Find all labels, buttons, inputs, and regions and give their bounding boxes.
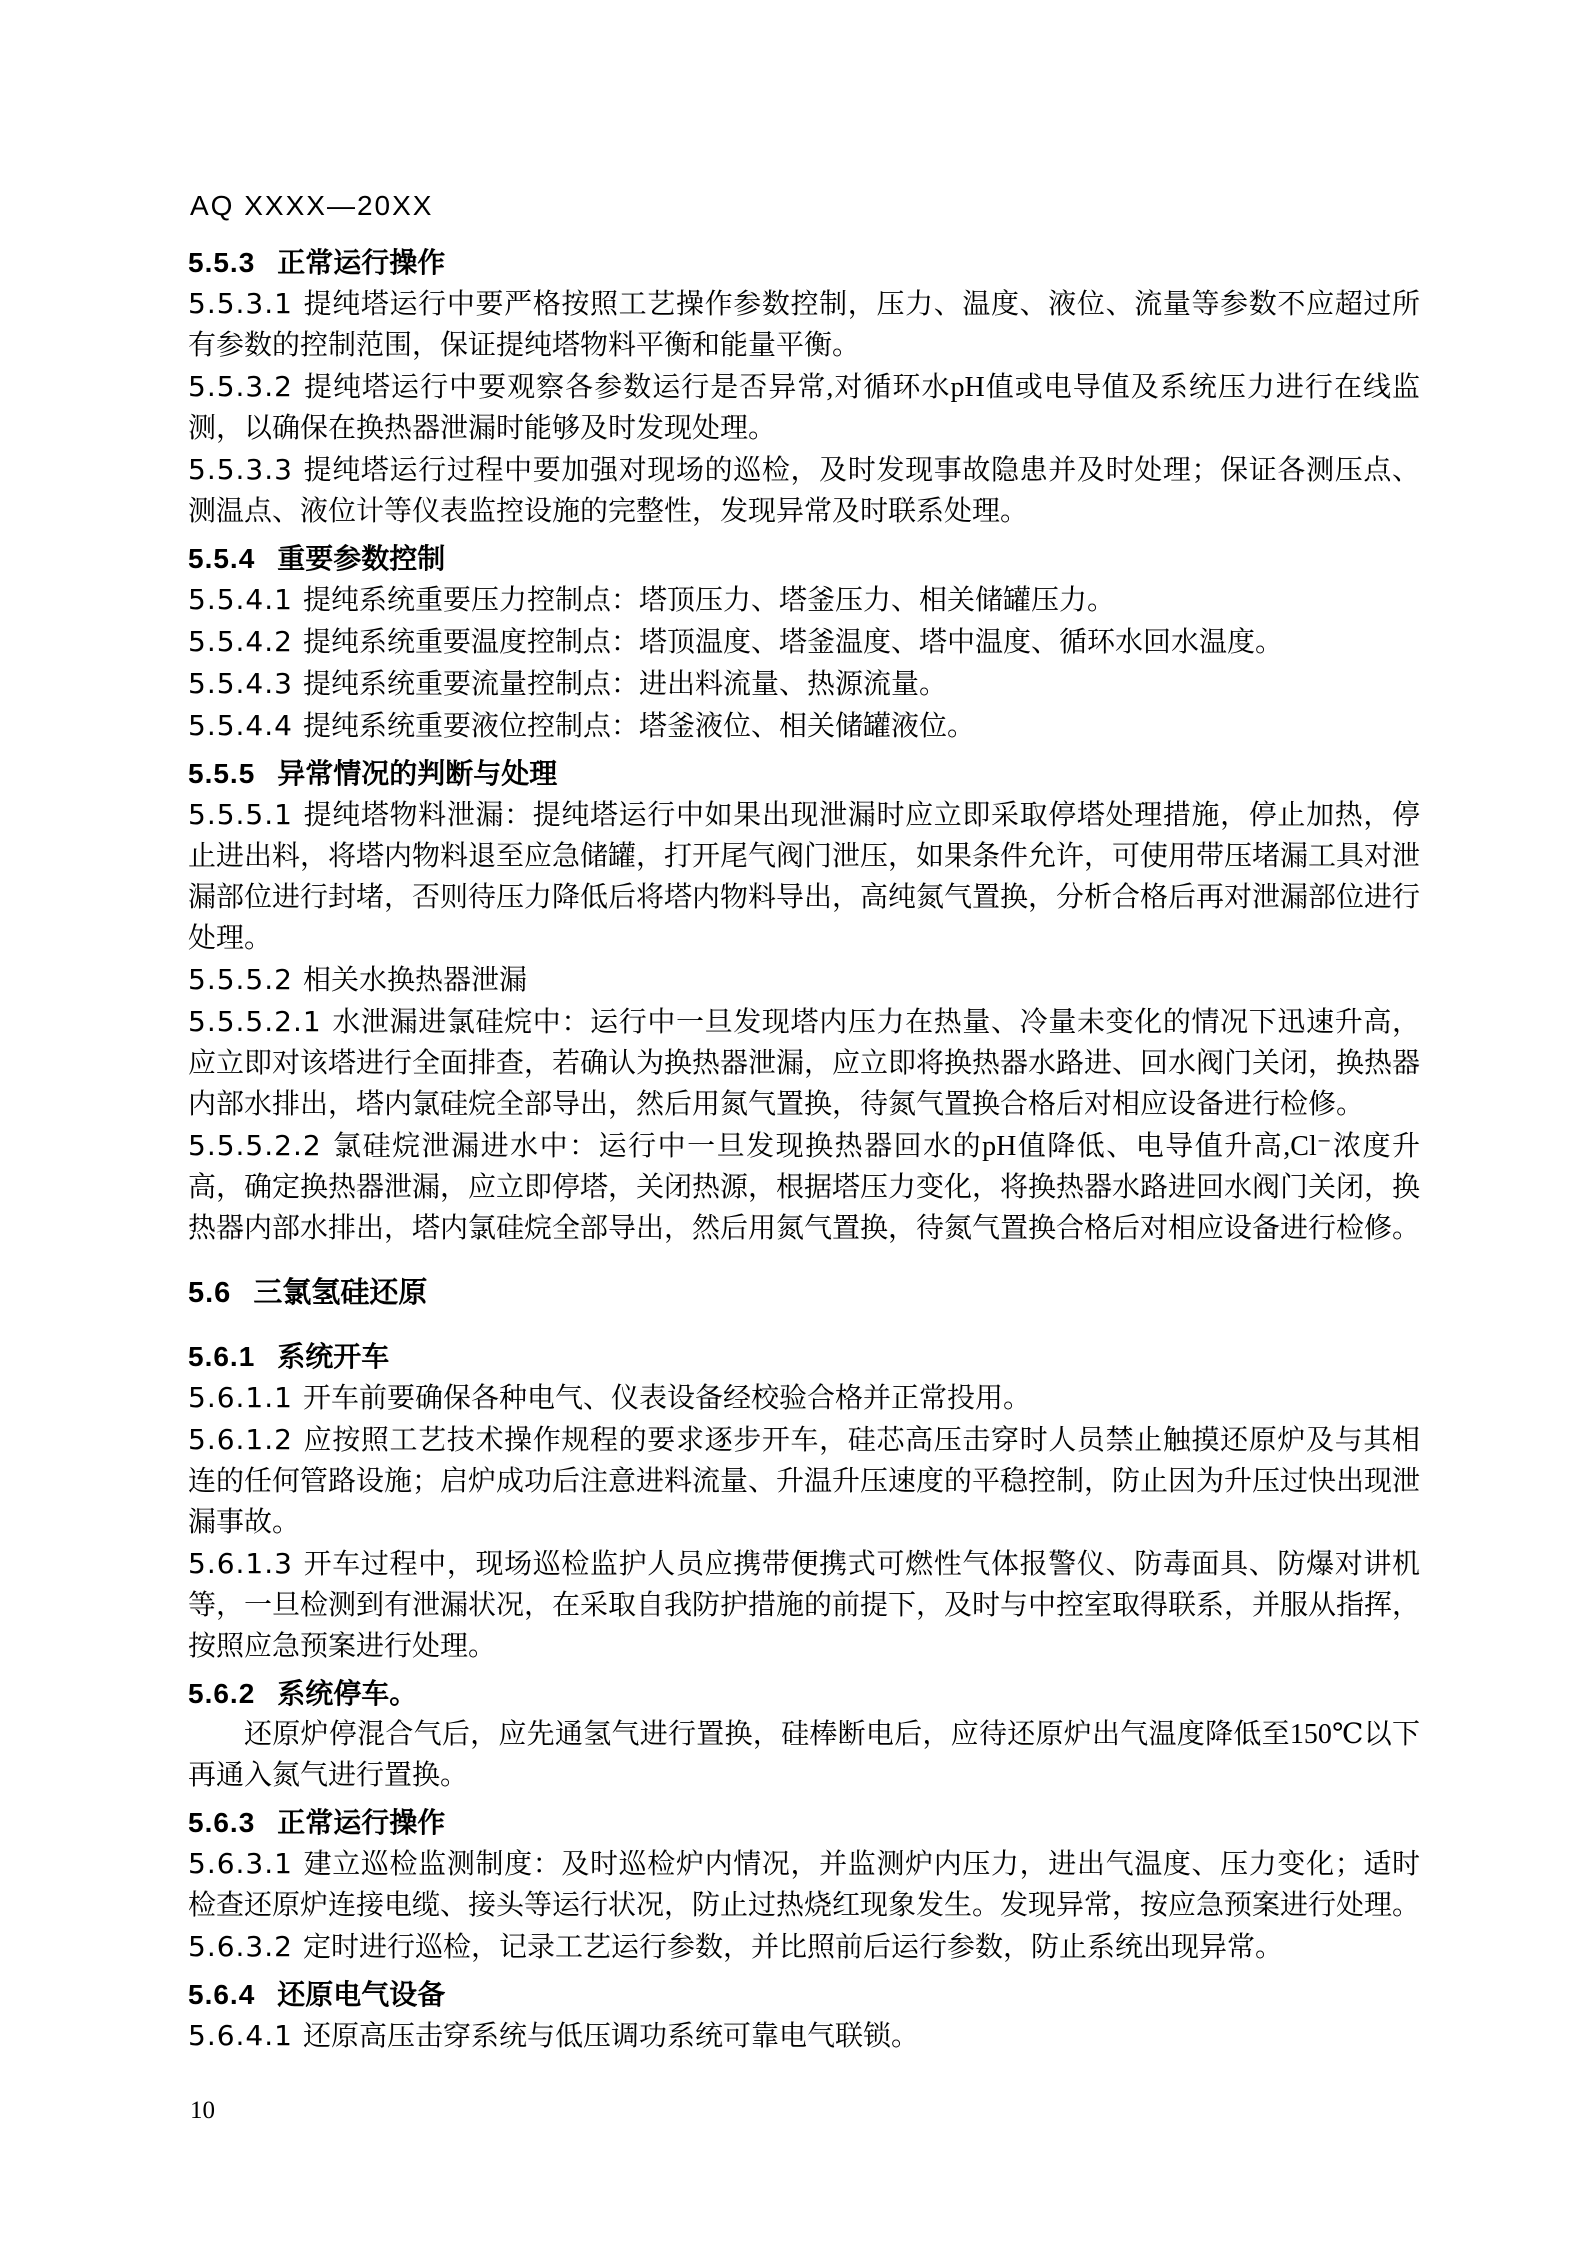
clause-5-5-5-2-1: 5.5.5.2.1水泄漏进氯硅烷中：运行中一旦发现塔内压力在热量、冷量未变化的情… [188, 1001, 1420, 1125]
heading-title: 系统停车。 [277, 1678, 417, 1709]
clause-text: 开车过程中，现场巡检监护人员应携带便携式可燃性气体报警仪、防毒面具、防爆对讲机等… [188, 1549, 1420, 1662]
heading-title: 异常情况的判断与处理 [277, 758, 557, 789]
clause-number: 5.6.3.2 [188, 1930, 293, 1963]
clause-text: 提纯系统重要压力控制点：塔顶压力、塔釜压力、相关储罐压力。 [303, 585, 1115, 616]
heading-number: 5.5.5 [188, 758, 255, 789]
heading-title: 正常运行操作 [277, 247, 445, 278]
clause-5-6-4-1: 5.6.4.1还原高压击穿系统与低压调功系统可靠电气联锁。 [188, 2015, 1420, 2057]
clause-number: 5.6.1.2 [188, 1423, 293, 1456]
clause-number: 5.5.3.3 [188, 453, 293, 486]
clause-5-5-4-4: 5.5.4.4提纯系统重要液位控制点：塔釜液位、相关储罐液位。 [188, 705, 1420, 747]
clause-number: 5.6.3.1 [188, 1847, 293, 1880]
clause-5-5-5-2-2: 5.5.5.2.2氯硅烷泄漏进水中：运行中一旦发现换热器回水的pH值降低、电导值… [188, 1125, 1420, 1249]
heading-5-6-1: 5.6.1系统开车 [188, 1336, 1420, 1377]
heading-number: 5.6.3 [188, 1807, 255, 1838]
clause-text: 提纯系统重要温度控制点：塔顶温度、塔釜温度、塔中温度、循环水回水温度。 [303, 627, 1283, 658]
heading-title: 三氯氢硅还原 [253, 1277, 427, 1309]
clause-5-6-3-2: 5.6.3.2定时进行巡检，记录工艺运行参数，并比照前后运行参数，防止系统出现异… [188, 1926, 1420, 1968]
clause-5-6-1-1: 5.6.1.1开车前要确保各种电气、仪表设备经校验合格并正常投用。 [188, 1377, 1420, 1419]
clause-text: 水泄漏进氯硅烷中：运行中一旦发现塔内压力在热量、冷量未变化的情况下迅速升高，应立… [188, 1007, 1420, 1120]
clause-text: 应按照工艺技术操作规程的要求逐步开车，硅芯高压击穿时人员禁止触摸还原炉及与其相连… [188, 1425, 1420, 1538]
document-page: AQ XXXX—20XX 5.5.3正常运行操作 5.5.3.1提纯塔运行中要严… [0, 0, 1587, 2245]
clause-5-6-3-1: 5.6.3.1建立巡检监测制度：及时巡检炉内情况，并监测炉内压力，进出气温度、压… [188, 1843, 1420, 1926]
clause-5-5-3-3: 5.5.3.3提纯塔运行过程中要加强对现场的巡检，及时发现事故隐患并及时处理；保… [188, 449, 1420, 532]
clause-text: 定时进行巡检，记录工艺运行参数，并比照前后运行参数，防止系统出现异常。 [303, 1932, 1283, 1963]
clause-5-5-3-2: 5.5.3.2提纯塔运行中要观察各参数运行是否异常,对循环水pH值或电导值及系统… [188, 366, 1420, 449]
heading-5-5-5: 5.5.5异常情况的判断与处理 [188, 753, 1420, 794]
heading-title: 正常运行操作 [277, 1807, 445, 1838]
clause-5-5-4-2: 5.5.4.2提纯系统重要温度控制点：塔顶温度、塔釜温度、塔中温度、循环水回水温… [188, 621, 1420, 663]
paragraph-text: 还原炉停混合气后，应先通氢气进行置换，硅棒断电后，应待还原炉出气温度降低至150… [188, 1719, 1420, 1791]
heading-5-6: 5.6三氯氢硅还原 [188, 1273, 1420, 1314]
clause-number: 5.5.5.2 [188, 963, 293, 996]
clause-text: 提纯系统重要流量控制点：进出料流量、热源流量。 [303, 669, 947, 700]
clause-number: 5.6.1.1 [188, 1381, 293, 1414]
clause-text: 建立巡检监测制度：及时巡检炉内情况，并监测炉内压力，进出气温度、压力变化；适时检… [188, 1849, 1420, 1921]
heading-5-6-3: 5.6.3正常运行操作 [188, 1802, 1420, 1843]
heading-5-6-4: 5.6.4还原电气设备 [188, 1974, 1420, 2015]
heading-title: 还原电气设备 [277, 1979, 445, 2010]
heading-5-6-2: 5.6.2系统停车。 [188, 1673, 1420, 1714]
clause-text: 氯硅烷泄漏进水中：运行中一旦发现换热器回水的pH值降低、电导值升高,Cl⁻浓度升… [188, 1131, 1420, 1244]
clause-5-5-4-3: 5.5.4.3提纯系统重要流量控制点：进出料流量、热源流量。 [188, 663, 1420, 705]
clause-text: 开车前要确保各种电气、仪表设备经校验合格并正常投用。 [303, 1383, 1031, 1414]
clause-number: 5.5.3.1 [188, 287, 293, 320]
clause-number: 5.5.3.2 [188, 370, 293, 403]
clause-number: 5.6.4.1 [188, 2019, 293, 2052]
clause-number: 5.6.1.3 [188, 1547, 293, 1580]
page-number: 10 [190, 2098, 215, 2123]
heading-number: 5.5.4 [188, 543, 255, 574]
clause-text: 提纯塔运行中要严格按照工艺操作参数控制，压力、温度、液位、流量等参数不应超过所有… [188, 289, 1420, 361]
heading-number: 5.6 [188, 1277, 231, 1309]
clause-text: 提纯系统重要液位控制点：塔釜液位、相关储罐液位。 [303, 711, 975, 742]
clause-number: 5.5.5.2.2 [188, 1129, 322, 1162]
paragraph-5-6-2-body: 还原炉停混合气后，应先通氢气进行置换，硅棒断电后，应待还原炉出气温度降低至150… [188, 1714, 1420, 1796]
heading-title: 系统开车 [277, 1341, 389, 1372]
clause-text: 提纯塔运行中要观察各参数运行是否异常,对循环水pH值或电导值及系统压力进行在线监… [188, 372, 1420, 444]
clause-5-5-5-2: 5.5.5.2相关水换热器泄漏 [188, 959, 1420, 1001]
heading-title: 重要参数控制 [277, 543, 445, 574]
clause-number: 5.5.4.2 [188, 625, 293, 658]
clause-5-5-4-1: 5.5.4.1提纯系统重要压力控制点：塔顶压力、塔釜压力、相关储罐压力。 [188, 579, 1420, 621]
heading-number: 5.6.1 [188, 1341, 255, 1372]
clause-text: 还原高压击穿系统与低压调功系统可靠电气联锁。 [303, 2021, 919, 2052]
clause-text: 相关水换热器泄漏 [303, 965, 527, 996]
clause-5-5-5-1: 5.5.5.1提纯塔物料泄漏：提纯塔运行中如果出现泄漏时应立即采取停塔处理措施，… [188, 794, 1420, 959]
clause-number: 5.5.4.4 [188, 709, 293, 742]
clause-5-5-3-1: 5.5.3.1提纯塔运行中要严格按照工艺操作参数控制，压力、温度、液位、流量等参… [188, 283, 1420, 366]
clause-number: 5.5.5.1 [188, 798, 293, 831]
heading-number: 5.5.3 [188, 247, 255, 278]
clause-5-6-1-3: 5.6.1.3开车过程中，现场巡检监护人员应携带便携式可燃性气体报警仪、防毒面具… [188, 1543, 1420, 1667]
clause-number: 5.5.5.2.1 [188, 1005, 322, 1038]
heading-5-5-4: 5.5.4重要参数控制 [188, 538, 1420, 579]
clause-number: 5.5.4.1 [188, 583, 293, 616]
heading-number: 5.6.4 [188, 1979, 255, 2010]
standard-number-header: AQ XXXX—20XX [190, 192, 433, 220]
clause-text: 提纯塔运行过程中要加强对现场的巡检，及时发现事故隐患并及时处理；保证各测压点、测… [188, 455, 1420, 527]
document-content: 5.5.3正常运行操作 5.5.3.1提纯塔运行中要严格按照工艺操作参数控制，压… [188, 236, 1420, 2057]
heading-5-5-3: 5.5.3正常运行操作 [188, 242, 1420, 283]
clause-number: 5.5.4.3 [188, 667, 293, 700]
heading-number: 5.6.2 [188, 1678, 255, 1709]
clause-text: 提纯塔物料泄漏：提纯塔运行中如果出现泄漏时应立即采取停塔处理措施，停止加热，停止… [188, 800, 1420, 954]
clause-5-6-1-2: 5.6.1.2应按照工艺技术操作规程的要求逐步开车，硅芯高压击穿时人员禁止触摸还… [188, 1419, 1420, 1543]
